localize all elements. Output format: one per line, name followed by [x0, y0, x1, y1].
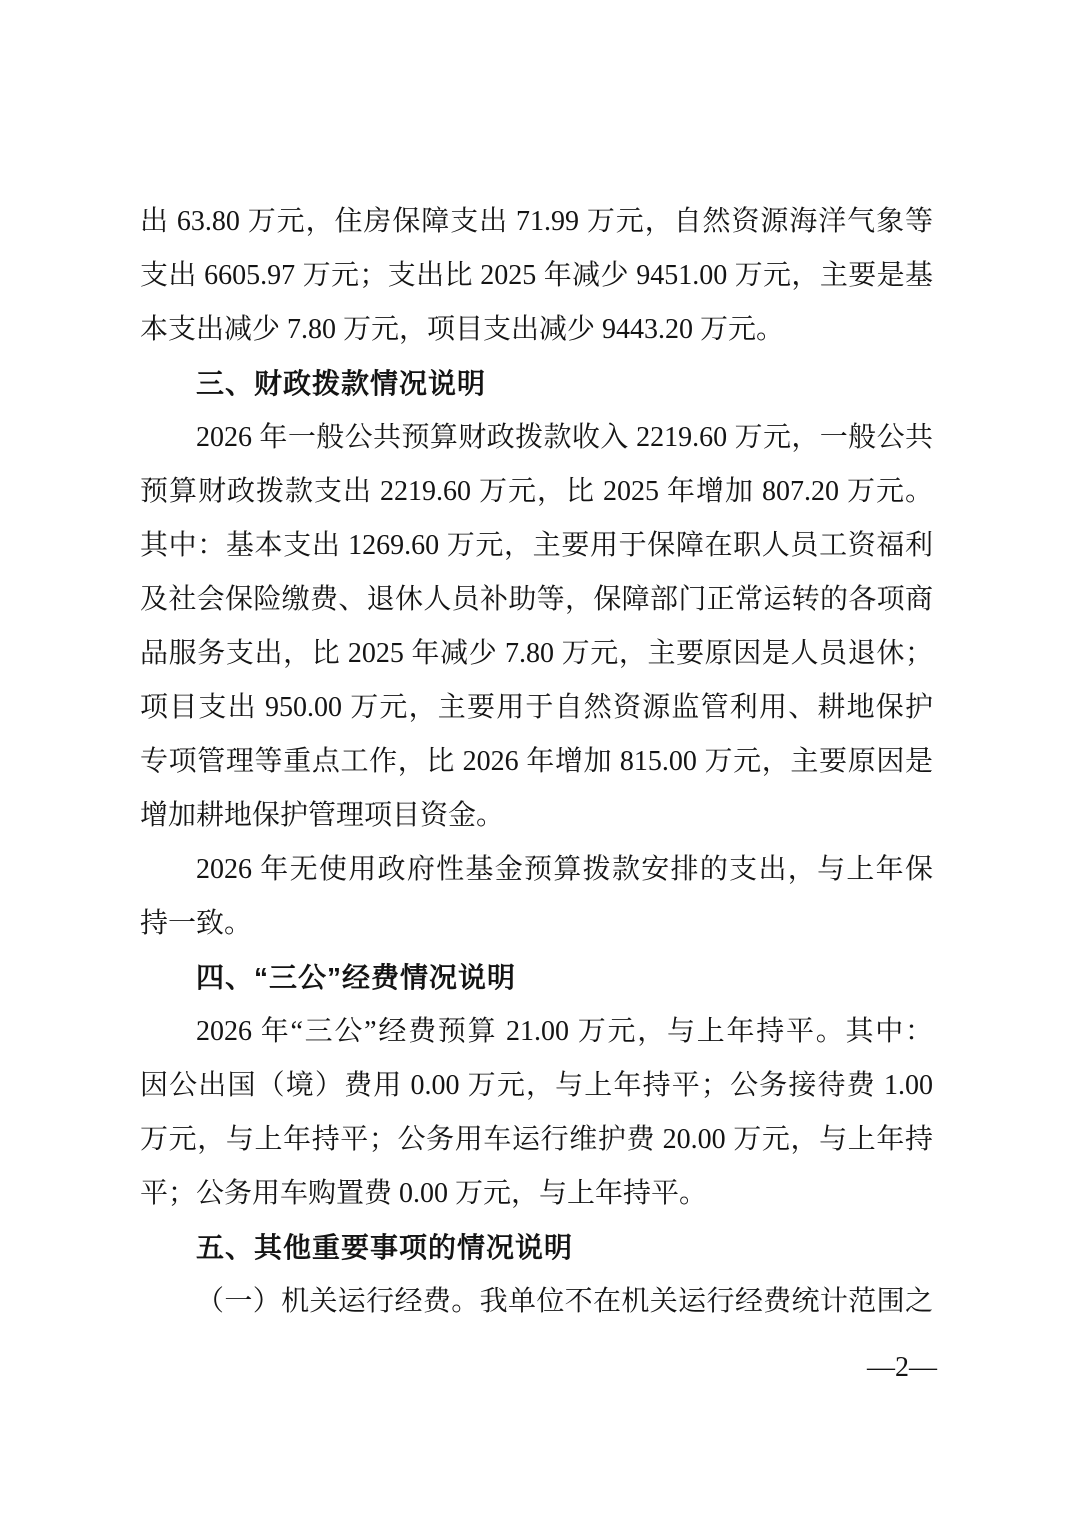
paragraph-line: 项目支出 950.00 万元，主要用于自然资源监管利用、耕地保护: [140, 681, 933, 735]
document-page: 出 63.80 万元，住房保障支出 71.99 万元，自然资源海洋气象等 支出 …: [0, 0, 1074, 1520]
paragraph-line: 平；公务用车购置费 0.00 万元，与上年持平。: [140, 1167, 933, 1221]
paragraph-line: 2026 年无使用政府性基金预算拨款安排的支出，与上年保: [140, 843, 933, 897]
section-heading-3: 三、财政拨款情况说明: [140, 357, 933, 411]
paragraph-line: 2026 年“三公”经费预算 21.00 万元，与上年持平。其中：: [140, 1005, 933, 1059]
paragraph-line: 持一致。: [140, 897, 933, 951]
paragraph-line: 出 63.80 万元，住房保障支出 71.99 万元，自然资源海洋气象等: [140, 195, 933, 249]
page-number: —2—: [867, 1352, 937, 1384]
document-body: 出 63.80 万元，住房保障支出 71.99 万元，自然资源海洋气象等 支出 …: [140, 195, 933, 1329]
paragraph-line: 及社会保险缴费、退休人员补助等，保障部门正常运转的各项商: [140, 573, 933, 627]
paragraph-line: 增加耕地保护管理项目资金。: [140, 789, 933, 843]
paragraph-line: 预算财政拨款支出 2219.60 万元，比 2025 年增加 807.20 万元…: [140, 465, 933, 519]
paragraph-line: 其中：基本支出 1269.60 万元，主要用于保障在职人员工资福利: [140, 519, 933, 573]
section-heading-4: 四、“三公”经费情况说明: [140, 951, 933, 1005]
paragraph-line: 因公出国（境）费用 0.00 万元，与上年持平；公务接待费 1.00: [140, 1059, 933, 1113]
paragraph-line: 万元，与上年持平；公务用车运行维护费 20.00 万元，与上年持: [140, 1113, 933, 1167]
paragraph-line: （一）机关运行经费。我单位不在机关运行经费统计范围之: [140, 1275, 933, 1329]
paragraph-line: 本支出减少 7.80 万元，项目支出减少 9443.20 万元。: [140, 303, 933, 357]
section-heading-5: 五、其他重要事项的情况说明: [140, 1221, 933, 1275]
paragraph-line: 2026 年一般公共预算财政拨款收入 2219.60 万元，一般公共: [140, 411, 933, 465]
paragraph-line: 品服务支出，比 2025 年减少 7.80 万元，主要原因是人员退休；: [140, 627, 933, 681]
paragraph-line: 专项管理等重点工作，比 2026 年增加 815.00 万元，主要原因是: [140, 735, 933, 789]
paragraph-line: 支出 6605.97 万元；支出比 2025 年减少 9451.00 万元，主要…: [140, 249, 933, 303]
